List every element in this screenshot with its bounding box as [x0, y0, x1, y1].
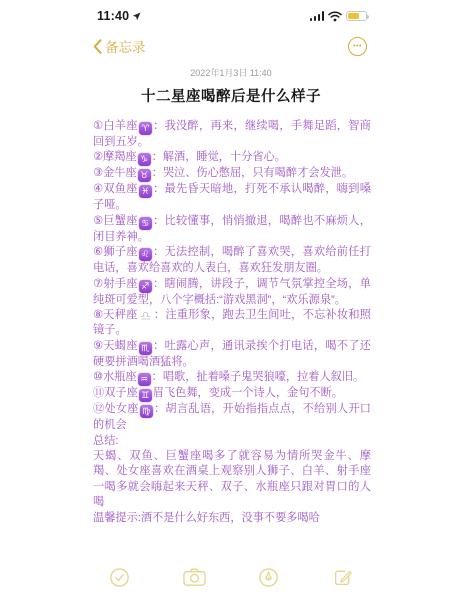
zodiac-symbol: ♐ [141, 282, 149, 291]
ellipsis-icon: ••• [353, 43, 362, 50]
zodiac-symbol: ♈ [141, 124, 149, 133]
zodiac-item: ①白羊座♈：我没醉，再来，继续喝，手舞足蹈，智商回到五岁。 [93, 119, 371, 150]
zodiac-text: 眉飞色舞，变成一个诗人，金句不断。 [153, 387, 343, 399]
item-number: ⑦ [93, 278, 103, 290]
clock: 11:40 [97, 9, 129, 23]
zodiac-symbol: ♏ [141, 344, 149, 353]
item-number: ③ [93, 167, 103, 179]
back-label: 备忘录 [105, 36, 146, 56]
zodiac-sign-icon: ♐ [139, 280, 152, 293]
zodiac-symbol: ♑ [140, 155, 148, 164]
wifi-icon [328, 11, 342, 22]
bottom-toolbar [83, 567, 379, 588]
phone-screen: 11:40 备 [83, 0, 379, 600]
item-number: ⑨ [93, 340, 103, 352]
zodiac-symbol: ♍ [142, 407, 150, 416]
item-colon: ： [152, 151, 163, 163]
zodiac-name: 白羊座 [103, 120, 137, 132]
markup-icon[interactable] [258, 567, 279, 588]
item-number: ⑤ [93, 215, 103, 227]
item-number: ⑫ [93, 403, 104, 415]
zodiac-sign-icon: ♒ [138, 373, 151, 386]
item-colon: ： [153, 183, 165, 195]
zodiac-item: ⑥狮子座♌：无法控制，喝醉了喜欢哭，喜欢给前任打电话，喜欢给喜欢的人表白，喜欢狂… [93, 245, 371, 276]
item-colon: ： [153, 120, 165, 132]
zodiac-text: 哭泣、伤心憋屈，只有喝醉才会发泄。 [163, 167, 353, 179]
summary-label: 总结: [93, 434, 371, 449]
item-colon: ： [153, 278, 165, 290]
item-number: ⑥ [93, 246, 103, 258]
zodiac-symbol: ♋ [141, 219, 149, 228]
zodiac-name: 处女座 [104, 403, 138, 415]
summary-text: 天蝎、双鱼、巨蟹座喝多了就容易为情所哭金牛、摩羯、处女座喜欢在酒桌上观察别人狮子… [93, 449, 371, 511]
zodiac-item: ⑨天蝎座♏：吐露心声，通讯录挨个打电话，喝不了还硬要拼酒喝酒猛将。 [93, 339, 371, 370]
camera-icon[interactable] [183, 567, 206, 588]
zodiac-symbol: ♉ [140, 171, 148, 180]
zodiac-symbol: ♊ [141, 391, 149, 400]
item-number: ⑩ [93, 371, 103, 383]
status-bar: 11:40 [83, 0, 379, 24]
item-number: ⑪ [93, 387, 104, 399]
zodiac-item: ⑧天秤座♎：注重形象，跑去卫生间吐，不忘补妆和照镜子。 [93, 308, 371, 339]
zodiac-sign-icon: ♋ [139, 217, 152, 230]
cellular-signal-icon [310, 11, 325, 21]
note-body[interactable]: ①白羊座♈：我没醉，再来，继续喝，手舞足蹈，智商回到五岁。 ②摩羯座♑：解酒，睡… [93, 119, 371, 526]
item-number: ⑧ [93, 309, 103, 321]
zodiac-name: 水瓶座 [103, 371, 137, 383]
item-number: ④ [93, 183, 103, 195]
zodiac-item: ③金牛座♉：哭泣、伤心憋屈，只有喝醉才会发泄。 [93, 166, 371, 182]
zodiac-sign-icon: ♓ [139, 185, 152, 198]
zodiac-item: ⑤巨蟹座♋：比较懂事，悄悄撤退，喝醉也不麻烦人，闭目养神。 [93, 214, 371, 245]
zodiac-sign-icon: ♉ [138, 169, 151, 182]
item-colon: ： [154, 309, 166, 321]
zodiac-text: 唱歌，扯着嗓子鬼哭狼嚎，拉着人叙旧。 [163, 371, 364, 383]
item-number: ① [93, 120, 103, 132]
zodiac-name: 金牛座 [103, 167, 137, 179]
zodiac-name: 巨蟹座 [103, 215, 137, 227]
zodiac-symbol: ♌ [141, 250, 149, 259]
zodiac-sign-icon: ♑ [138, 153, 151, 166]
chevron-left-icon [93, 39, 102, 54]
zodiac-sign-icon: ♌ [139, 248, 152, 261]
zodiac-symbol: ♓ [141, 187, 149, 196]
zodiac-symbol: ♎ [140, 310, 151, 323]
item-number: ② [93, 151, 103, 163]
zodiac-name: 摩羯座 [103, 151, 137, 163]
item-colon: ： [153, 246, 165, 258]
zodiac-sign-icon: ♍ [140, 405, 153, 418]
zodiac-text: 解酒，睡觉，十分省心。 [163, 151, 286, 163]
location-arrow-icon [132, 12, 141, 21]
zodiac-name: 双鱼座 [103, 183, 137, 195]
zodiac-item: ④双鱼座♓：最先昏天暗地，打死不承认喝醉，嗨到嗓子哑。 [93, 182, 371, 213]
nav-bar: 备忘录 ••• [83, 24, 379, 56]
note-date: 2022年1月3日 11:40 [83, 66, 379, 79]
item-colon: ： [153, 340, 165, 352]
status-left: 11:40 [97, 9, 141, 23]
checklist-icon[interactable] [109, 567, 130, 588]
zodiac-name: 射手座 [103, 278, 137, 290]
zodiac-list: ①白羊座♈：我没醉，再来，继续喝，手舞足蹈，智商回到五岁。 ②摩羯座♑：解酒，睡… [93, 119, 371, 434]
status-right [310, 11, 368, 22]
zodiac-item: ⑦射手座♐：瞎闹腾，讲段子，调节气氛掌控全场，单纯斑可爱型，八个字概括:“游戏黑… [93, 277, 371, 308]
item-colon: ： [152, 371, 163, 383]
zodiac-name: 狮子座 [103, 246, 137, 258]
item-colon: ： [154, 403, 166, 415]
battery-icon [346, 11, 367, 22]
zodiac-item: ⑫处女座♍：胡言乱语，开始指指点点，不给别人开口的机会 [93, 402, 371, 433]
page-title: 十二星座喝醉后是什么样子 [83, 85, 379, 106]
compose-icon[interactable] [332, 567, 353, 588]
zodiac-name: 双子座 [104, 387, 138, 399]
back-button[interactable]: 备忘录 [93, 36, 146, 56]
item-colon: ： [153, 215, 165, 227]
item-colon: ： [152, 167, 163, 179]
more-options-button[interactable]: ••• [348, 37, 367, 56]
zodiac-sign-icon: ♎ [139, 309, 153, 322]
zodiac-sign-icon: ♏ [139, 342, 152, 355]
zodiac-sign-icon: ♈ [139, 122, 152, 135]
zodiac-name: 天蝎座 [103, 340, 137, 352]
zodiac-name: 天秤座 [103, 309, 137, 321]
zodiac-item: ②摩羯座♑：解酒，睡觉，十分省心。 [93, 150, 371, 166]
zodiac-sign-icon: ♊ [139, 389, 152, 402]
summary-tip: 温馨提示:酒不是什么好东西，没事不要多喝哈 [93, 511, 371, 526]
zodiac-item: ⑪双子座♊眉飞色舞，变成一个诗人，金句不断。 [93, 386, 371, 402]
zodiac-item: ⑩水瓶座♒：唱歌，扯着嗓子鬼哭狼嚎，拉着人叙旧。 [93, 370, 371, 386]
zodiac-symbol: ♒ [140, 375, 148, 384]
